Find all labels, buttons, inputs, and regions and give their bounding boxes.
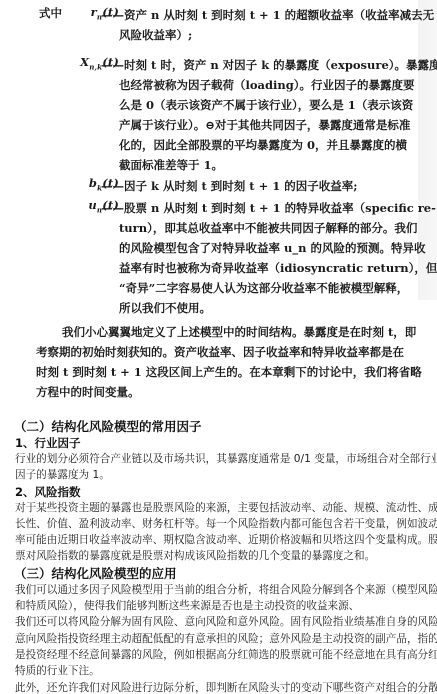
subheading-industry-factor: 1、行业因子 xyxy=(15,435,431,451)
time-structure-paragraph: 我们小心翼翼地定义了上述模型中的时间结构。暴露度是在时刻 t，即 考察期的初始时… xyxy=(36,322,416,402)
risk-index-paragraph: 对于某些投资主题的暴露也是股票风险的来源，主要包括波动率、动能、规模、流动性、成… xyxy=(15,500,431,565)
scanned-book-excerpt: 式中 rn(t) ——资产 n 从时刻 t 到时刻 t + 1 的超额收益率（收… xyxy=(0,0,437,412)
portfolio-analysis-paragraph: 我们可以通过多因子风险模型用于当前的组合分析，将组合风险分解到各个来源（模型风险… xyxy=(15,582,431,615)
marginal-analysis-paragraph: 此外，还允许我们对风险进行边际分析，即判断在风险头寸的变动下哪些资产对组合的分散 xyxy=(15,680,431,694)
industry-factor-paragraph: 行业的划分必须符合产业链以及市场共识，其暴露度通常是 0/1 变量，市场组合对全… xyxy=(15,451,431,484)
definition-lead: 式中 xyxy=(39,5,62,21)
risk-decomposition-paragraph: 我们还可以将风险分解为固有风险、意向风险和意外风险。固有风险指业绩基准自身的风险… xyxy=(15,614,431,679)
section-heading-common-factors: （二）结构化风险模型的常用因子 xyxy=(14,418,431,435)
subheading-risk-index: 2、风险指数 xyxy=(15,484,431,500)
section-heading-applications: （三）结构化风险模型的应用 xyxy=(14,565,431,582)
article-text: （二）结构化风险模型的常用因子 1、行业因子 行业的划分必须符合产业链以及市场共… xyxy=(15,418,431,694)
